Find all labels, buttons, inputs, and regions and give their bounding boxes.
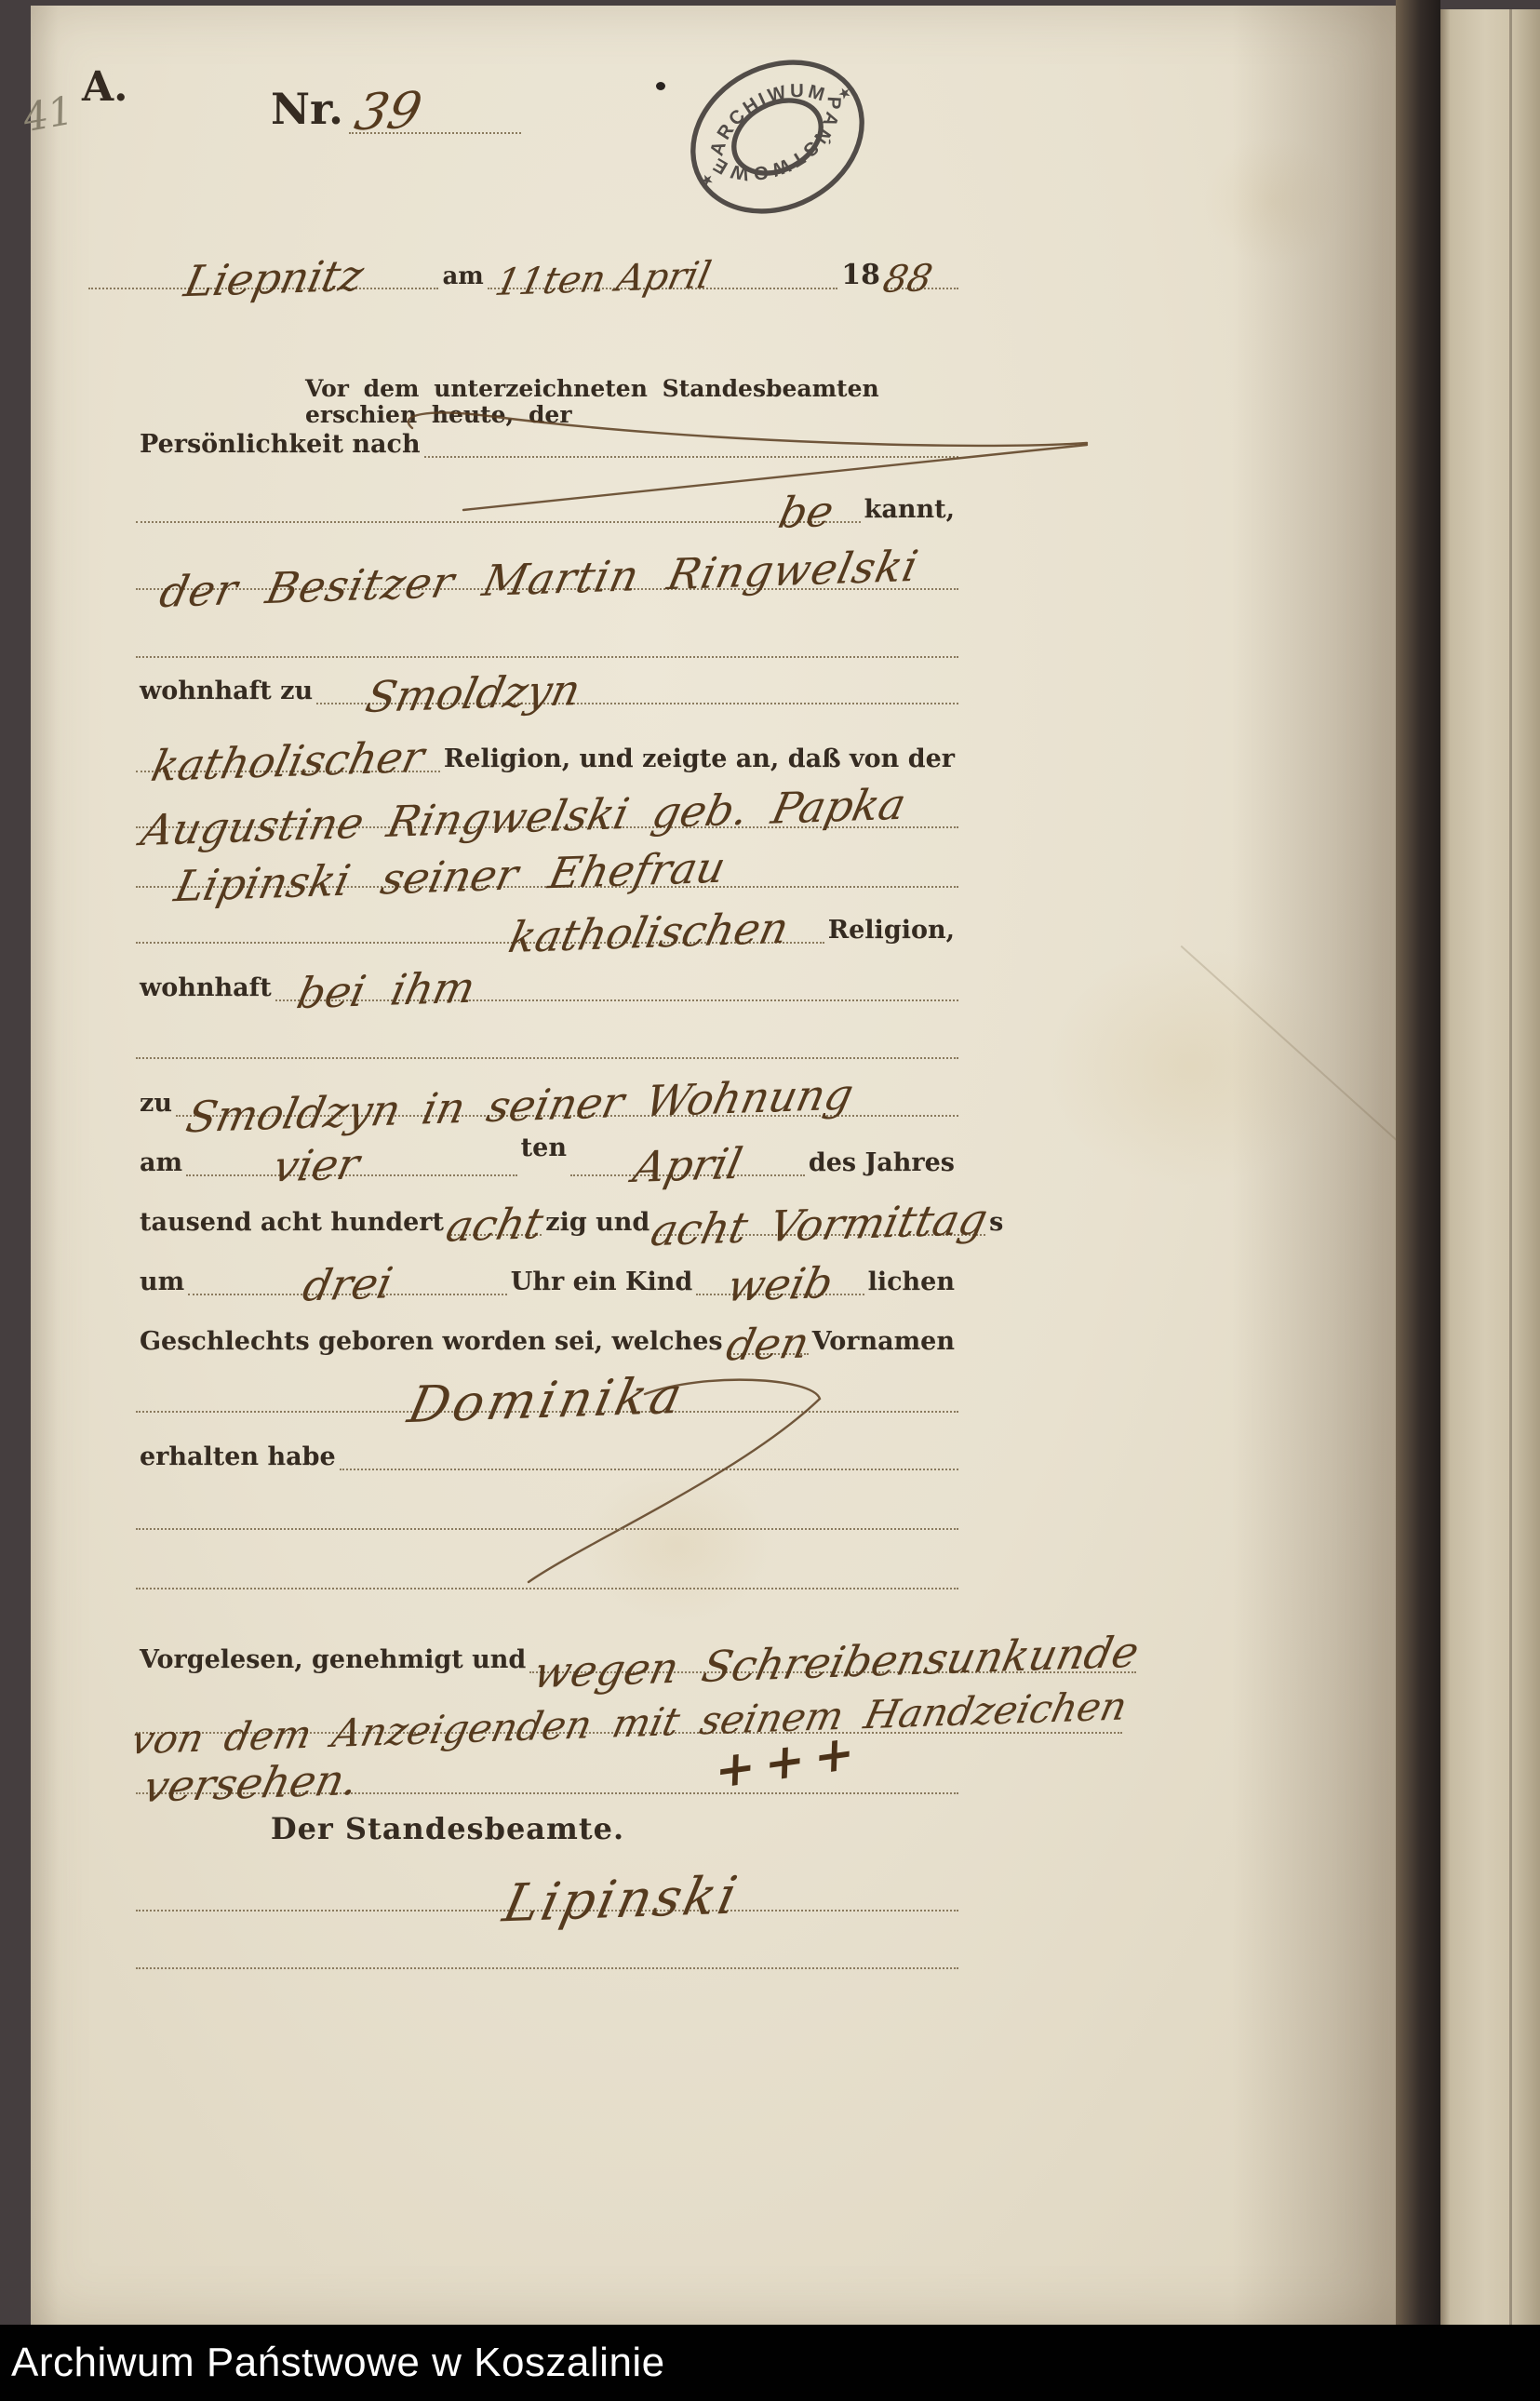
label-century: 18 (837, 261, 884, 290)
declarant-row: der Besitzer Martin Ringwelski (136, 523, 958, 590)
ink-speck (656, 82, 665, 90)
label-s: s (985, 1210, 1007, 1236)
persoenlichkeit-row: Persönlichkeit nach (136, 391, 958, 458)
blank-line (136, 1902, 958, 1969)
label-am: am (438, 264, 487, 289)
hw-closing3: versehen. (141, 1762, 361, 1805)
hw-date: 11ten April (492, 260, 713, 299)
closing-row1: Vorgelesen, genehmigt und wegen Schreibe… (136, 1606, 958, 1673)
document-paper: A. 41 Nr. 39 ARCHIWUM PAŃSTWOWE ★ ★ (31, 6, 1396, 2325)
record-number-label: Nr. (271, 84, 343, 134)
residence-row: wohnhaft zu Smoldzyn (136, 637, 958, 704)
erhalten-row: erhalten habe (136, 1403, 958, 1470)
paper-stain (1045, 946, 1333, 1187)
paper-crease (1181, 946, 1431, 1171)
handmark-crosses: + + + (715, 1742, 851, 1783)
label-bekannt: kannt, (861, 497, 958, 523)
bekannt-row: be kannt, (136, 456, 958, 523)
closing-row2: von dem Anzeigenden mit seinem Handzeich… (136, 1667, 958, 1734)
record-number: Nr. 39 (271, 84, 521, 134)
label-ten: ten (517, 1135, 570, 1161)
archive-footer-bar: Archiwum Państwowe w Koszalinie (0, 2325, 1540, 2401)
birth-date-row: am vier ten April des Jahres (136, 1109, 958, 1176)
birth-hour-row: um drei Uhr ein Kind weib lichen (136, 1228, 958, 1295)
archive-name-label: Archiwum Państwowe w Koszalinie (0, 2340, 665, 2386)
hw-handmark: + + + (715, 1732, 851, 1792)
pencil-note: 41 (20, 87, 76, 141)
birth-year-row: tausend acht hundert acht zig und acht V… (136, 1169, 958, 1236)
scanned-record-page: A. 41 Nr. 39 ARCHIWUM PAŃSTWOWE ★ ★ (0, 0, 1540, 2401)
blank-line (136, 1463, 958, 1530)
label-persoenlichkeit: Persönlichkeit nach (136, 432, 424, 458)
record-number-value: 39 (352, 89, 425, 134)
birthplace-row: zu Smoldzyn in seiner Wohnung (136, 1050, 958, 1117)
mother-name-row: Augustine Ringwelski geb. Papka (136, 761, 958, 828)
dateline-row: Liepnitz am 11ten April 18 88 (88, 222, 958, 289)
archive-stamp: ARCHIWUM PAŃSTWOWE ★ ★ (656, 21, 900, 252)
page-edge-line (1509, 9, 1512, 2325)
hw-year: 88 (880, 262, 935, 296)
official-title: Der Standesbeamte. (136, 1811, 759, 1846)
book-binding-shadow (1396, 0, 1440, 2325)
corner-letter: A. (82, 63, 127, 111)
paper-stain (1203, 136, 1343, 266)
label-wohnhaft-zu: wohnhaft zu (136, 678, 316, 704)
next-page-edge (1440, 9, 1540, 2325)
hw-place: Liepnitz (181, 258, 367, 301)
blank-line (136, 1522, 958, 1589)
